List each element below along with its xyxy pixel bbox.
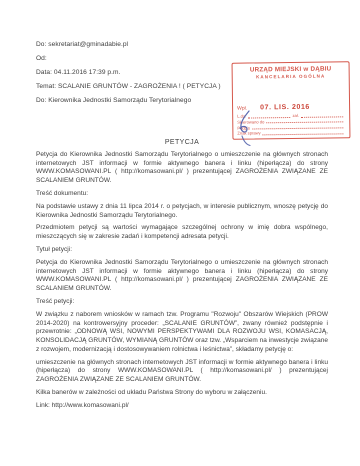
- section-label-tytul-petycji: Tytuł petycji:: [36, 246, 328, 255]
- stamp-received-date: 07. LIS. 2016: [260, 103, 310, 113]
- email-to-line: Do: sekretariat@gminadabie.pl: [36, 38, 328, 52]
- stamp-office-name: URZĄD MIEJSKI w DĄBIU: [237, 65, 345, 73]
- pen-mark-annotation: [235, 110, 257, 148]
- paragraph-podstawa-prawna: Na podstawie ustawy z dnia 11 lipca 2014…: [36, 203, 328, 220]
- dotted-line: [301, 115, 343, 118]
- paragraph-przedmiot-petycji: Przedmiotem petycji są wartości wymagają…: [36, 224, 328, 241]
- stamp-office-dept: KANCELARIA OGÓLNA: [237, 73, 345, 80]
- paragraph-petition-demand: umieszczenie na głównych stronach intern…: [36, 359, 328, 385]
- dotted-line: [263, 132, 344, 135]
- stamp-zal-label: zał.: [292, 114, 298, 119]
- document-title: PETYCJA: [36, 138, 328, 147]
- document-page: Do: sekretariat@gminadabie.pl Od: Data: …: [0, 0, 360, 466]
- paragraph-petition-title-repeat: Petycja do Kierownika Jednostki Samorząd…: [36, 259, 328, 294]
- section-label-tresc-petycji: Treść petycji:: [36, 298, 328, 307]
- paragraph-website-link: Link: http://www.komasowani.pl/: [36, 402, 328, 411]
- paragraph-petition-summary: Petycja do Kierownika Jednostki Samorząd…: [36, 151, 328, 186]
- paragraph-prow-context: W związku z naborem wniosków w ramach tz…: [36, 311, 328, 355]
- dotted-line: [266, 121, 343, 124]
- section-label-tresc-dokumentu: Treść dokumentu:: [36, 190, 328, 199]
- paragraph-banners-note: Kilka banerów w zależności od układu Pań…: [36, 389, 328, 398]
- dotted-line: [252, 126, 343, 129]
